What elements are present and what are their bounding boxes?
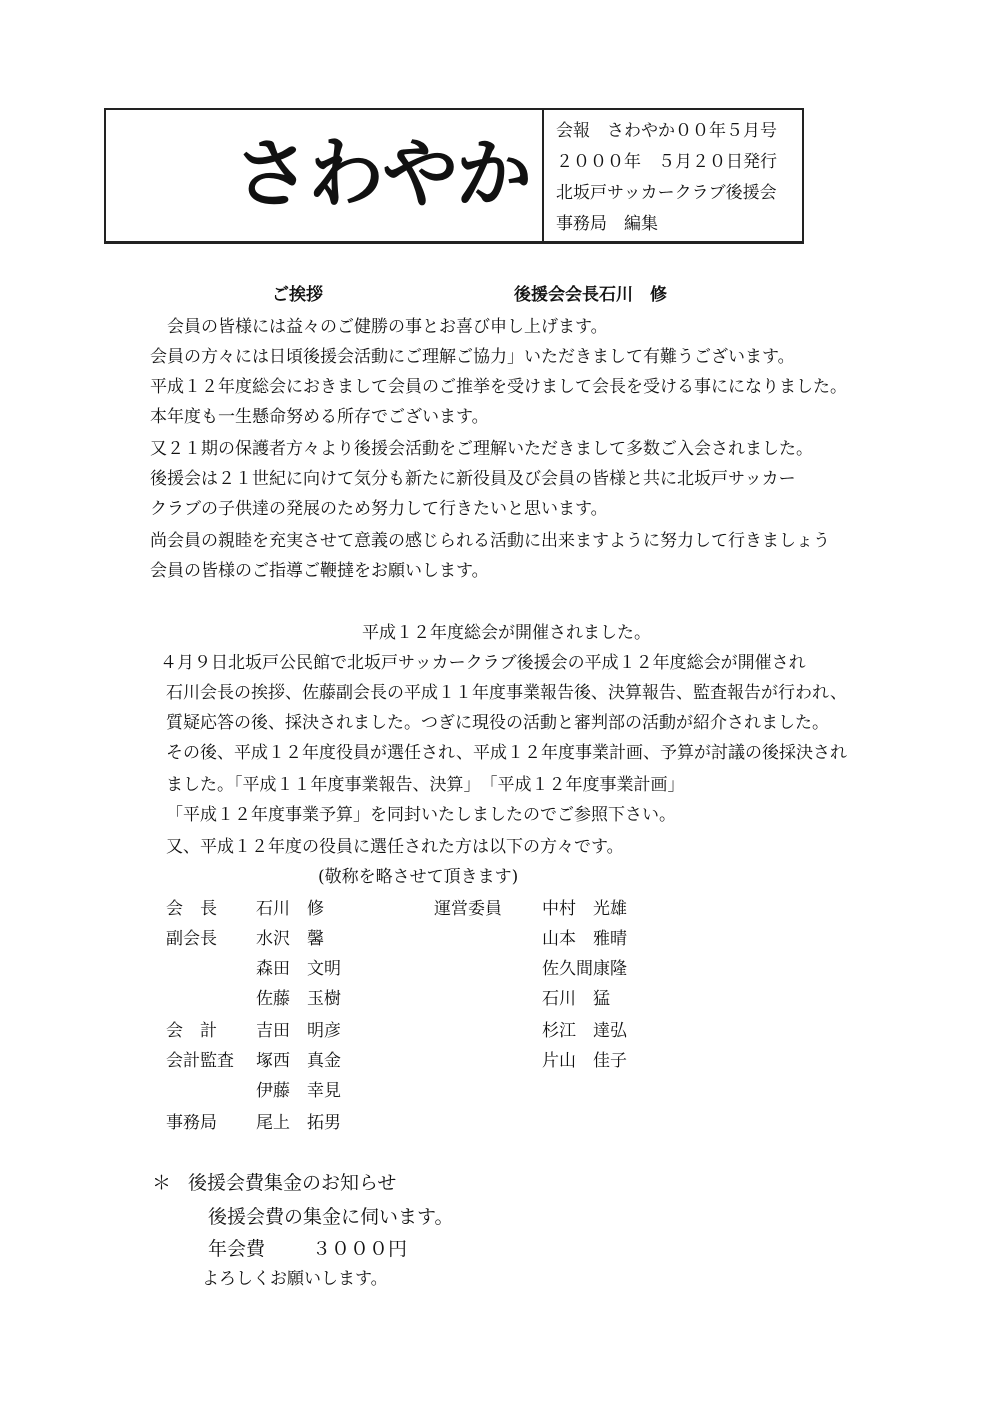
officer-name: 吉田 明彦 bbox=[256, 1020, 341, 1042]
greeting-paragraph: 会員の皆様のご指導ご鞭撻をお願いします。 bbox=[150, 560, 489, 582]
fee-notice-line: 後援会費の集金に伺います。 bbox=[208, 1206, 453, 1228]
officer-name: 水沢 馨 bbox=[256, 928, 324, 950]
meeting-line: 石川会長の挨拶、佐藤副会長の平成１１年度事業報告後、決算報告、監査報告が行われ、 bbox=[166, 682, 847, 704]
officer-role: 事務局 bbox=[166, 1112, 217, 1134]
officer-role: 会 計 bbox=[166, 1020, 217, 1042]
officer-name: 石川 修 bbox=[256, 898, 324, 920]
asterisk-bullet-icon: ＊ bbox=[152, 1172, 171, 1194]
meeting-line: 又、平成１２年度の役員に選任された方は以下の方々です。 bbox=[166, 836, 624, 858]
masthead-info: 会報 さわやか００年５月号 ２０００年 ５月２０日発行 北坂戸サッカークラブ後援… bbox=[544, 110, 802, 241]
greeting-heading: ご挨拶 bbox=[272, 284, 323, 306]
publish-date: ２０００年 ５月２０日発行 bbox=[556, 147, 802, 178]
fee-amount: ３０００円 bbox=[312, 1238, 407, 1260]
meeting-line: 質疑応答の後、採決されました。つぎに現役の活動と審判部の活動が紹介されました。 bbox=[166, 712, 829, 734]
greeting-paragraph: 平成１２年度総会におきまして会員のご推挙を受けまして会長を受ける事にになりました… bbox=[150, 376, 847, 398]
officer-role: 会計監査 bbox=[166, 1050, 234, 1072]
publisher: 北坂戸サッカークラブ後援会 bbox=[556, 178, 802, 209]
meeting-line: 「平成１２年度事業予算」を同封いたしましたのでご参照下さい。 bbox=[166, 804, 676, 826]
meeting-line: ました。「平成１１年度事業報告、決算」 「平成１２年度事業計画」 bbox=[166, 774, 685, 796]
officer-name: 塚西 真金 bbox=[256, 1050, 341, 1072]
meeting-line: ４月９日北坂戸公民館で北坂戸サッカークラブ後援会の平成１２年度総会が開催され bbox=[160, 652, 806, 674]
officer-name: 伊藤 幸見 bbox=[256, 1080, 341, 1102]
committee-member: 佐久間康隆 bbox=[542, 958, 627, 980]
fee-label: 年会費 bbox=[208, 1238, 265, 1260]
officer-name: 森田 文明 bbox=[256, 958, 341, 980]
committee-member: 片山 佳子 bbox=[542, 1050, 627, 1072]
committee-role: 運営委員 bbox=[434, 898, 502, 920]
greeting-paragraph: 会員の方々には日頃後援会活動にご理解ご協力」いただきまして有難うございます。 bbox=[150, 346, 795, 368]
meeting-heading: 平成１２年度総会が開催されました。 bbox=[362, 622, 651, 644]
meeting-line: その後、平成１２年度役員が選任され、平成１２年度事業計画、予算が討議の後採決され bbox=[166, 742, 847, 764]
greeting-paragraph: 又２１期の保護者方々より後援会活動をご理解いただきまして多数ご入会されました。 bbox=[150, 438, 813, 460]
committee-member: 石川 猛 bbox=[542, 988, 610, 1010]
editor: 事務局 編集 bbox=[556, 209, 802, 240]
fee-notice-heading: 後援会費集金のお知らせ bbox=[188, 1172, 396, 1194]
greeting-paragraph: クラブの子供達の発展のため努力して行きたいと思います。 bbox=[150, 498, 608, 520]
greeting-paragraph: 後援会は２１世紀に向けて気分も新たに新役員及び会員の皆様と共に北坂戸サッカー bbox=[150, 468, 796, 490]
officer-role: 副会長 bbox=[166, 928, 217, 950]
officer-role: 会 長 bbox=[166, 898, 217, 920]
issue-line: 会報 さわやか００年５月号 bbox=[556, 116, 802, 147]
fee-closing: よろしくお願いします。 bbox=[202, 1268, 388, 1290]
greeting-paragraph: 本年度も一生懸命努める所存でございます。 bbox=[150, 406, 489, 428]
officer-name: 尾上 拓男 bbox=[256, 1112, 341, 1134]
committee-member: 杉江 達弘 bbox=[542, 1020, 627, 1042]
newsletter-title: さわやか bbox=[234, 124, 530, 224]
greeting-author: 後援会会長石川 修 bbox=[514, 284, 667, 306]
committee-member: 山本 雅晴 bbox=[542, 928, 627, 950]
masthead: さわやか 会報 さわやか００年５月号 ２０００年 ５月２０日発行 北坂戸サッカー… bbox=[104, 108, 804, 244]
officer-name: 佐藤 玉樹 bbox=[256, 988, 341, 1010]
greeting-paragraph: 尚会員の親睦を充実させて意義の感じられる活動に出来ますように努力して行きましょう bbox=[150, 530, 830, 552]
committee-member: 中村 光雄 bbox=[542, 898, 627, 920]
honorific-note: (敬称を略させて頂きます) bbox=[318, 866, 518, 888]
masthead-title-box: さわやか bbox=[106, 110, 544, 241]
greeting-paragraph: 会員の皆様には益々のご健勝の事とお喜び申し上げます。 bbox=[150, 316, 608, 338]
